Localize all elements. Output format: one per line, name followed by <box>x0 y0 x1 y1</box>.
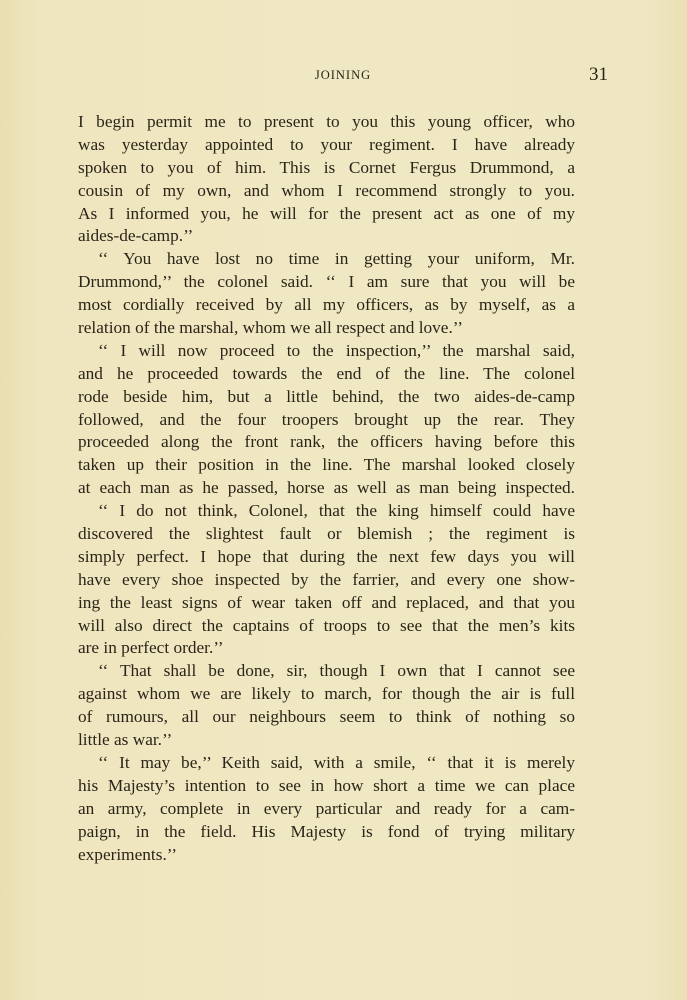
text-line: against whom we are likely to march, for… <box>78 683 575 706</box>
text-line: will also direct the captains of troops … <box>78 615 575 638</box>
text-line: have every shoe inspected by the farrier… <box>78 569 575 592</box>
text-line: relation of the marshal, whom we all res… <box>78 317 575 340</box>
text-line: spoken to you of him. This is Cornet Fer… <box>78 157 575 180</box>
text-line: experiments.’’ <box>78 844 575 867</box>
page-number: 31 <box>589 64 608 86</box>
paragraph: ‘‘ I do not think, Colonel, that the kin… <box>78 500 575 660</box>
text-line: most cordially received by all my office… <box>78 294 575 317</box>
running-head: JOINING 31 <box>78 64 608 88</box>
text-line: are in perfect order.’’ <box>78 637 575 660</box>
paragraph: ‘‘ It may be,’’ Keith said, with a smile… <box>78 752 575 866</box>
body-text: I begin permit me to present to you this… <box>78 111 575 866</box>
text-line: was yesterday appointed to your regiment… <box>78 134 575 157</box>
running-title: JOINING <box>78 68 608 83</box>
text-line: As I informed you, he will for the prese… <box>78 203 575 226</box>
text-line: simply perfect. I hope that during the n… <box>78 546 575 569</box>
text-line: paign, in the field. His Majesty is fond… <box>78 821 575 844</box>
text-line: taken up their position in the line. The… <box>78 454 575 477</box>
text-line: followed, and the four troopers brought … <box>78 409 575 432</box>
text-line: discovered the slightest fault or blemis… <box>78 523 575 546</box>
paragraph: ‘‘ That shall be done, sir, though I own… <box>78 660 575 752</box>
text-line: ‘‘ It may be,’’ Keith said, with a smile… <box>78 752 575 775</box>
text-line: cousin of my own, and whom I recommend s… <box>78 180 575 203</box>
text-line: ‘‘ I do not think, Colonel, that the kin… <box>78 500 575 523</box>
text-line: at each man as he passed, horse as well … <box>78 477 575 500</box>
text-line: I begin permit me to present to you this… <box>78 111 575 134</box>
text-line: his Majesty’s intention to see in how sh… <box>78 775 575 798</box>
text-line: aides-de-camp.’’ <box>78 225 575 248</box>
book-page: JOINING 31 I begin permit me to present … <box>0 0 687 1000</box>
text-line: of rumours, all our neighbours seem to t… <box>78 706 575 729</box>
text-line: an army, complete in every particular an… <box>78 798 575 821</box>
paragraph: ‘‘ I will now proceed to the inspection,… <box>78 340 575 500</box>
text-line: ‘‘ You have lost no time in getting your… <box>78 248 575 271</box>
text-line: Drummond,’’ the colonel said. ‘‘ I am su… <box>78 271 575 294</box>
text-line: and he proceeded towards the end of the … <box>78 363 575 386</box>
text-line: little as war.’’ <box>78 729 575 752</box>
paragraph: ‘‘ You have lost no time in getting your… <box>78 248 575 340</box>
text-line: ing the least signs of wear taken off an… <box>78 592 575 615</box>
paragraph: I begin permit me to present to you this… <box>78 111 575 248</box>
text-line: ‘‘ That shall be done, sir, though I own… <box>78 660 575 683</box>
text-line: ‘‘ I will now proceed to the inspection,… <box>78 340 575 363</box>
text-line: rode beside him, but a little behind, th… <box>78 386 575 409</box>
text-line: proceeded along the front rank, the offi… <box>78 431 575 454</box>
